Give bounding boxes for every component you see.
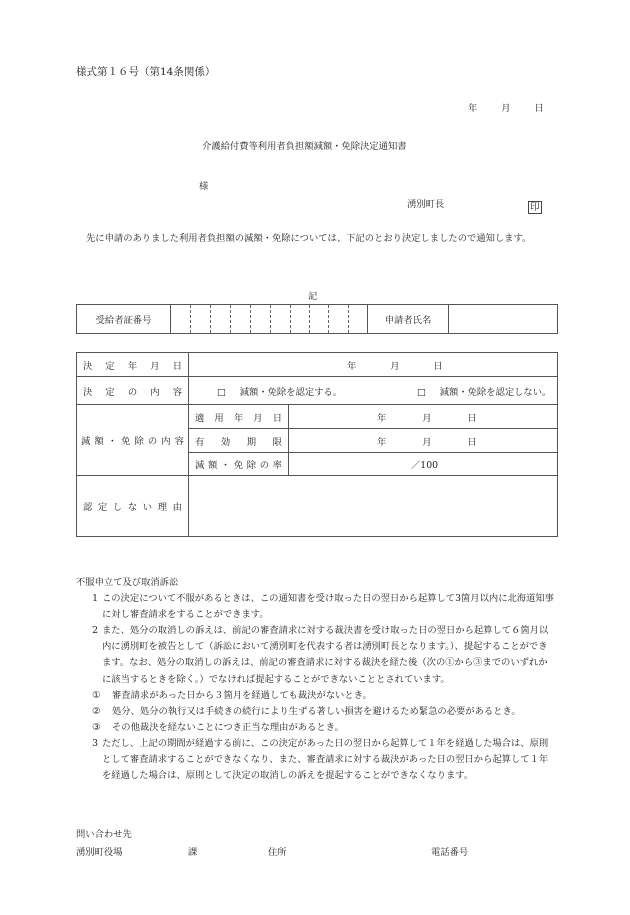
cert-number-label: 受給者証番号: [77, 305, 171, 334]
ki-label: 記: [308, 288, 317, 302]
decision-content-row: 決 定 の 内 容 □ 減額・免除を認定する。 □ 減額・免除を認定しない。: [77, 377, 558, 405]
decision-content-label: 決 定 の 内 容: [77, 377, 189, 405]
cert-digit-10[interactable]: [349, 305, 368, 334]
approve-label: 減額・免除を認定する。: [240, 387, 342, 398]
reduction-content-label: 減 額 ・ 免 除 の 内 容: [77, 405, 189, 476]
application-date-label: 適 用 年 月 日: [189, 405, 289, 429]
applicant-name-label: 申請者氏名: [368, 305, 449, 334]
appeal-notice: 不服申立て及び取消訴訟 1 この決定について不服があるときは、この通知書を受け取…: [76, 575, 556, 784]
intro-text: 先に申請のありました利用者負担額の減額・免除については、下記のとおり決定しました…: [76, 230, 558, 247]
addressee-suffix: 様: [199, 178, 208, 192]
month-label: 月: [501, 103, 510, 114]
decision-content-options: □ 減額・免除を認定する。 □ 減額・免除を認定しない。: [189, 377, 558, 405]
cert-digit-8[interactable]: [310, 305, 329, 334]
cert-digit-2[interactable]: [191, 305, 211, 334]
condition-1: ① 審査請求があった日から３箇月を経過しても裁決がないとき。: [76, 688, 556, 704]
valid-until-value[interactable]: 年 月 日: [289, 429, 558, 453]
decision-date-value[interactable]: 年 月 日: [189, 353, 558, 377]
year-label: 年: [468, 103, 477, 114]
approve-option[interactable]: □ 減額・免除を認定する。: [217, 384, 417, 398]
reduction-rate-value[interactable]: ／100: [289, 453, 558, 476]
rejection-reason-label: 認 定 し な い 理 由: [77, 476, 189, 537]
valid-until-label: 有 効 期 限: [189, 429, 289, 453]
application-date-row: 減 額 ・ 免 除 の 内 容 適 用 年 月 日 年 月: [77, 405, 558, 429]
contact-address: 住所: [268, 844, 287, 858]
reduction-rate-label: 減 額 ・ 免 除 の 率: [189, 453, 289, 476]
applicant-table: 受給者証番号 申請者氏名: [76, 304, 558, 334]
document-title: 介護給付費等利用者負担額減額・免除決定通知書: [202, 138, 407, 152]
contact-phone: 電話番号: [431, 844, 468, 858]
seal-mark: 印: [528, 195, 542, 214]
rejection-reason-row: 認 定 し な い 理 由: [77, 476, 558, 537]
approve-checkbox[interactable]: □: [217, 387, 226, 398]
contact-heading: 問い合わせ先: [76, 826, 132, 840]
issuer-name: 湧別町長: [407, 196, 444, 210]
appeal-item-3: 3 ただし、上記の期間が経過する前に、この決定があった日の翌日から起算して１年を…: [76, 736, 556, 784]
decision-table: 決 定 年 月 日 年 月 日 決 定 の 内 容: [76, 352, 558, 537]
cert-digit-4[interactable]: [231, 305, 251, 334]
contact-section: 課: [188, 844, 197, 858]
form-number: 様式第１６号（第14条関係）: [76, 64, 215, 79]
day-label: 日: [535, 103, 544, 114]
cert-digit-6[interactable]: [271, 305, 291, 334]
applicant-name-field[interactable]: [449, 305, 558, 334]
appeal-heading: 不服申立て及び取消訴訟: [76, 575, 556, 591]
reject-option[interactable]: □ 減額・免除を認定しない。: [417, 384, 551, 398]
decision-date-label: 決 定 年 月 日: [77, 353, 189, 377]
appeal-item-2: 2 また、処分の取消しの訴えは、前記の審査請求に対する裁決書を受け取った日の翌日…: [76, 623, 556, 687]
cert-digit-3[interactable]: [211, 305, 231, 334]
reject-label: 減額・免除を認定しない。: [440, 387, 552, 398]
cert-digit-9[interactable]: [329, 305, 349, 334]
application-date-value[interactable]: 年 月 日: [289, 405, 558, 429]
condition-2: ② 処分、処分の執行又は手続きの続行により生ずる著しい損害を避けるため緊急の必要…: [76, 704, 556, 720]
condition-3: ③ その他裁決を経ないことにつき正当な理由があるとき。: [76, 720, 556, 736]
contact-office: 湧別町役場: [76, 844, 123, 858]
cert-digit-5[interactable]: [251, 305, 271, 334]
rejection-reason-field[interactable]: [189, 476, 558, 537]
appeal-item-1: 1 この決定について不服があるときは、この通知書を受け取った日の翌日から起算して…: [76, 591, 556, 623]
issue-date: 年 月 日: [468, 100, 544, 114]
reject-checkbox[interactable]: □: [417, 387, 426, 398]
decision-date-row: 決 定 年 月 日 年 月 日: [77, 353, 558, 377]
seal-icon: 印: [528, 201, 542, 214]
cert-digit-7[interactable]: [291, 305, 310, 334]
cert-digit-1[interactable]: [171, 305, 191, 334]
